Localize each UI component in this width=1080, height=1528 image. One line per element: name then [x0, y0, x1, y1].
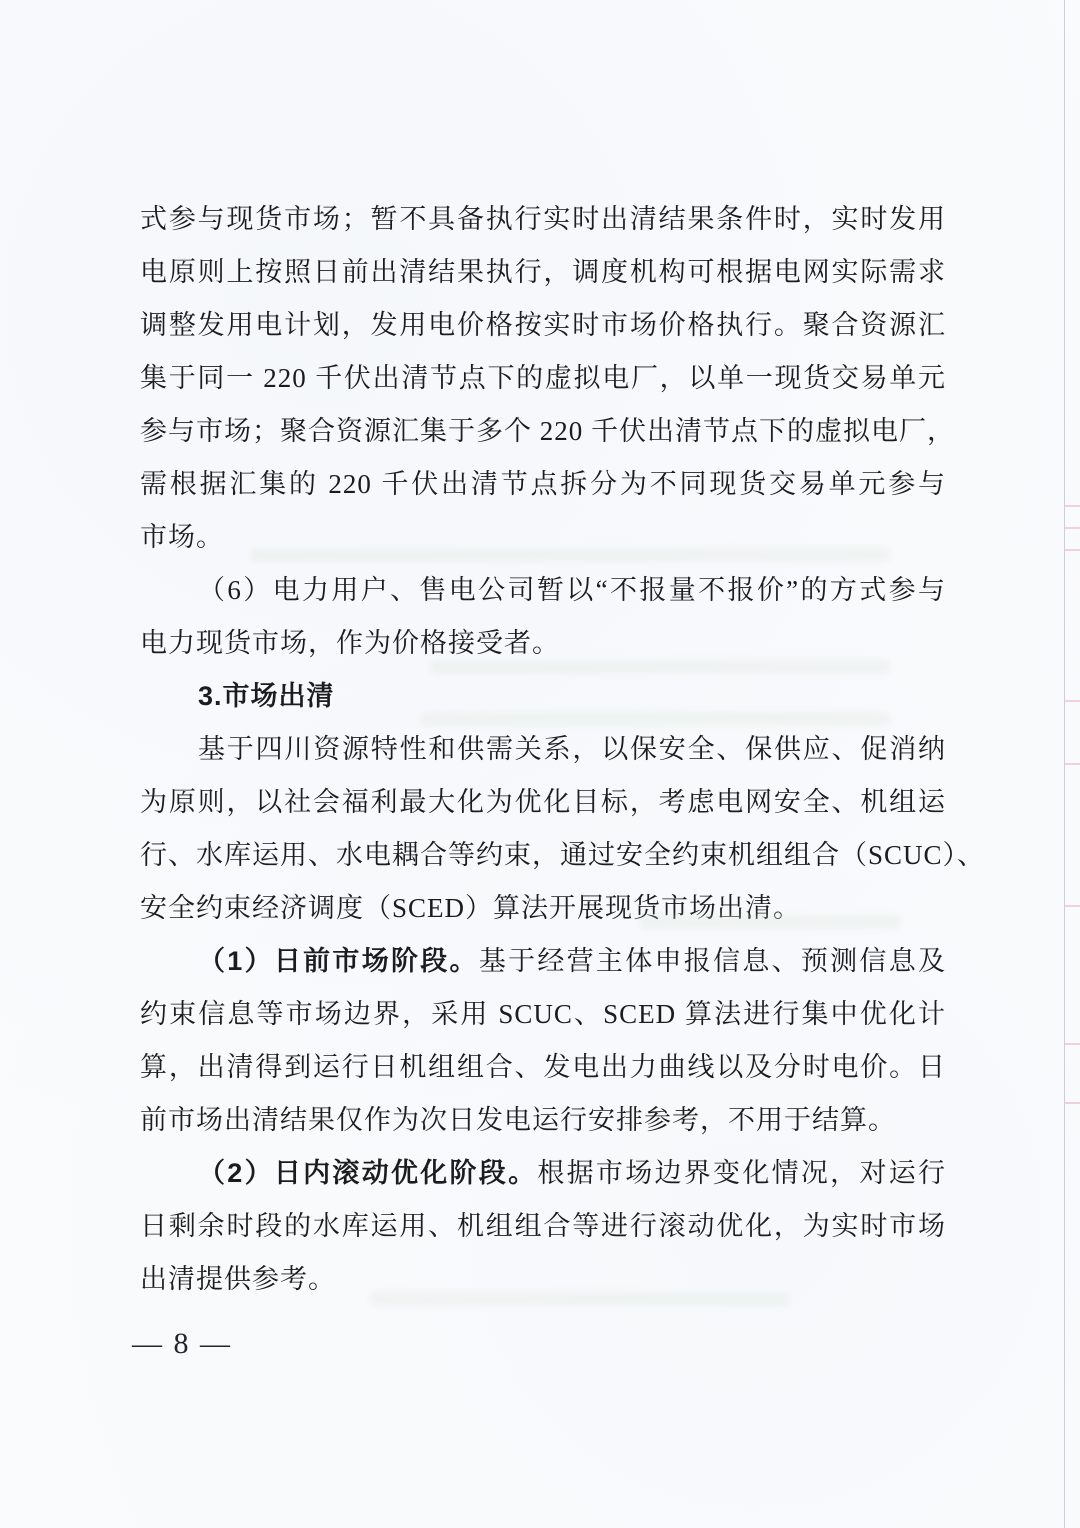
bleedthrough-artifact [420, 712, 890, 726]
paragraph-line-item-1: （1）日前市场阶段。基于经营主体申报信息、预测信息及 [140, 935, 946, 988]
document-text-block: 式参与现货市场；暂不具备执行实时出清结果条件时，实时发用 电原则上按照日前出清结… [140, 193, 946, 1306]
paragraph-line: 为原则，以社会福利最大化为优化目标，考虑电网安全、机组运 [140, 776, 946, 829]
paragraph-line: 需根据汇集的 220 千伏出清节点拆分为不同现货交易单元参与 [140, 458, 946, 511]
scan-pink-mark [1065, 1043, 1080, 1045]
paragraph-line: 参与市场；聚合资源汇集于多个 220 千伏出清节点下的虚拟电厂， [140, 405, 946, 458]
scan-pink-mark [1065, 549, 1080, 551]
bold-run-day-ahead-stage: （1）日前市场阶段。 [198, 946, 479, 976]
scanned-document-page: 式参与现货市场；暂不具备执行实时出清结果条件时，实时发用 电原则上按照日前出清结… [0, 0, 1080, 1528]
bold-run-intraday-stage: （2）日内滚动优化阶段。 [198, 1158, 537, 1188]
paragraph-line: 约束信息等市场边界，采用 SCUC、SCED 算法进行集中优化计 [140, 988, 946, 1041]
paragraph-line-item-2: （2）日内滚动优化阶段。根据市场边界变化情况，对运行 [140, 1147, 946, 1200]
paragraph-line: 日剩余时段的水库运用、机组组合等进行滚动优化，为实时市场 [140, 1200, 946, 1253]
paragraph-line: 式参与现货市场；暂不具备执行实时出清结果条件时，实时发用 [140, 193, 946, 246]
bleedthrough-artifact [640, 915, 900, 929]
scan-pink-mark [1065, 763, 1080, 765]
paragraph-line: 集于同一 220 千伏出清节点下的虚拟电厂，以单一现货交易单元 [140, 352, 946, 405]
paragraph-line: 调整发用电计划，发用电价格按实时市场价格执行。聚合资源汇 [140, 299, 946, 352]
scan-pink-mark [1065, 905, 1080, 907]
scan-pink-mark [1065, 527, 1080, 529]
paragraph-line: 前市场出清结果仅作为次日发电运行安排参考，不用于结算。 [140, 1094, 946, 1147]
scan-pink-mark [1065, 700, 1080, 702]
paragraph-line: 基于四川资源特性和供需关系，以保安全、保供应、促消纳 [140, 723, 946, 776]
page-number: — 8 — [132, 1327, 232, 1361]
bleedthrough-artifact [370, 1292, 790, 1306]
paragraph-line: 电原则上按照日前出清结果执行，调度机构可根据电网实际需求 [140, 246, 946, 299]
text-run: 基于经营主体申报信息、预测信息及 [479, 946, 946, 976]
bleedthrough-artifact [250, 548, 890, 562]
scan-pink-mark [1065, 505, 1080, 507]
scan-pink-mark [1065, 1102, 1080, 1104]
bleedthrough-artifact [430, 660, 890, 674]
text-run: 根据市场边界变化情况，对运行 [537, 1158, 946, 1188]
paragraph-line: 算，出清得到运行日机组组合、发电出力曲线以及分时电价。日 [140, 1041, 946, 1094]
paragraph-line-item-6: （6）电力用户、售电公司暂以“不报量不报价”的方式参与 [140, 564, 946, 617]
paragraph-line: 行、水库运用、水电耦合等约束，通过安全约束机组组合（SCUC）、 [140, 829, 946, 882]
